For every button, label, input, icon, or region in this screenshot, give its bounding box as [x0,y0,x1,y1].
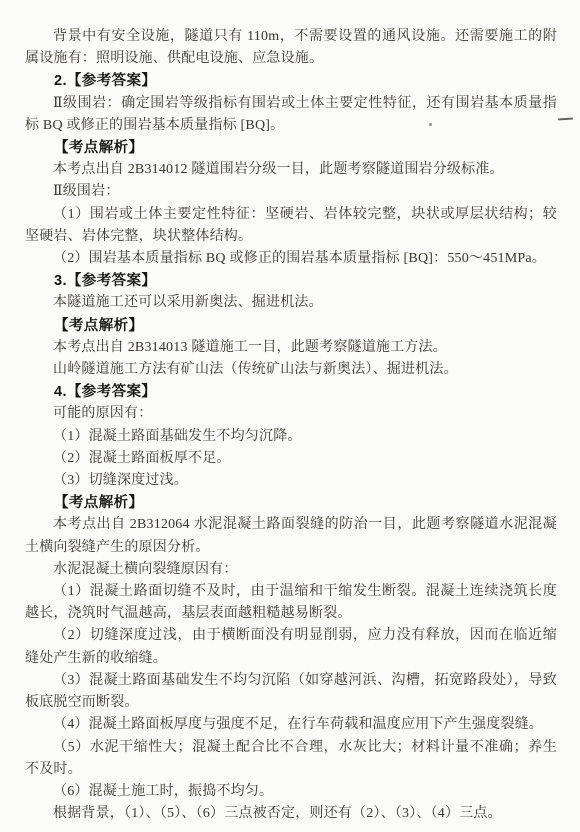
body-paragraph: 本考点出自 2B314012 隧道围岩分级一目，此题考察隧道围岩分级标准。 [25,159,557,181]
scan-artifact-dot [429,123,432,126]
analysis-heading: 【考点解析】 [25,492,557,514]
scanned-document-page: 背景中有安全设施，隧道只有 110m，不需要设置的通风设施。还需要施工的附属设施… [0,0,580,832]
list-item: （4）混凝土路面板厚度与强度不足，在行车荷载和温度应用下产生强度裂缝。 [25,714,557,736]
list-item: （1）围岩或土体主要定性特征：坚硬岩、岩体较完整，块状或厚层状结构；较坚硬岩、岩… [25,204,557,248]
list-item: （5）水泥干缩性大；混凝土配合比不合理，水灰比大；材料计量不准确；养生不及时。 [25,737,557,781]
body-paragraph: Ⅱ级围岩：确定围岩等级指标有围岩或土体主要定性特征，还有围岩基本质量指标 BQ … [25,93,557,137]
list-item: （1）混凝土路面基础发生不均匀沉降。 [25,426,557,448]
body-paragraph: 本考点出自 2B314013 隧道施工一目，此题考察隧道施工方法。 [25,337,557,359]
conclusion-paragraph: 根据背景，（1）、（5）、（6）三点被否定，则还有（2）、（3）、（4）三点。 [25,803,557,825]
answer-heading-3: 3.【参考答案】 [25,270,557,292]
answer-heading-4: 4.【参考答案】 [25,381,557,403]
body-paragraph: 本考点出自 2B312064 水泥混凝土路面裂缝的防治一目，此题考察隧道水泥混凝… [25,514,557,558]
body-paragraph: 本隧道施工还可以采用新奥法、掘进机法。 [25,292,557,314]
list-item: （2）围岩基本质量指标 BQ 或修正的围岩基本质量指标 [BQ]：550～451… [25,248,557,270]
answer-heading-2: 2.【参考答案】 [25,70,557,92]
list-item: （2）混凝土路面板厚不足。 [25,448,557,470]
body-paragraph: 山岭隧道施工方法有矿山法（传统矿山法与新奥法）、掘进机法。 [25,359,557,381]
list-item: （3）混凝土路面基础发生不均匀沉陷（如穿越河浜、沟槽，拓宽路段处），导致板底脱空… [25,670,557,714]
list-item: （6）混凝土施工时，振捣不均匀。 [25,781,557,803]
body-paragraph: Ⅱ级围岩： [25,181,557,203]
list-item: （3）切缝深度过浅。 [25,470,557,492]
analysis-heading: 【考点解析】 [25,137,557,159]
body-paragraph: 可能的原因有： [25,403,557,425]
body-paragraph: 背景中有安全设施，隧道只有 110m，不需要设置的通风设施。还需要施工的附属设施… [25,26,557,70]
list-item: （1）混凝土路面切缝不及时，由于温缩和干缩发生断裂。混凝土连续浇筑长度越长，浇筑… [25,581,557,625]
list-item: （2）切缝深度过浅，由于横断面没有明显削弱，应力没有释放，因而在临近缩缝处产生新… [25,625,557,669]
body-paragraph: 水泥混凝土横向裂缝原因有： [25,559,557,581]
analysis-heading: 【考点解析】 [25,315,557,337]
